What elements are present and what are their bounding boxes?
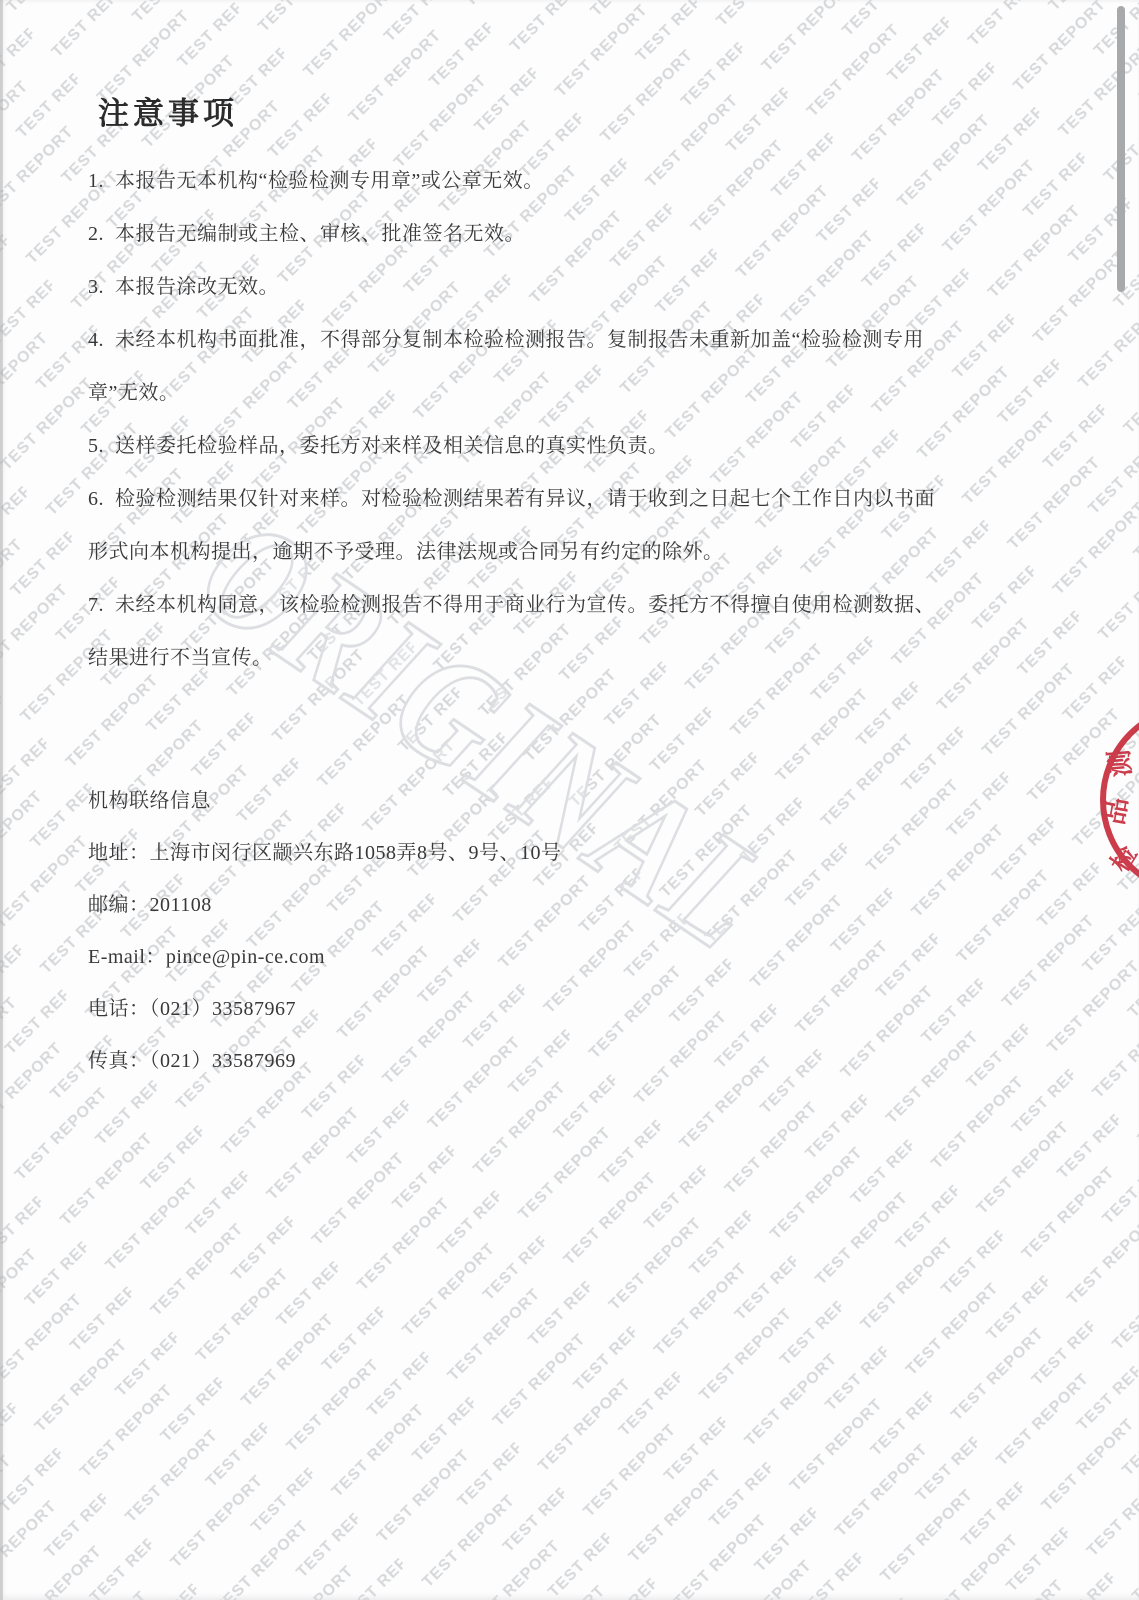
note-item-4: 4. 未经本机构书面批准，不得部分复制本检验检测报告。复制报告未重新加盖“检验检…: [88, 314, 1038, 420]
contact-email: E-mail：pince@pin-ce.com: [88, 931, 1038, 983]
note-item-6: 6. 检验检测结果仅针对来样。对检验检测结果若有异议，请于收到之日起七个工作日内…: [88, 473, 1038, 579]
document-content: 注意事项 1. 本报告无本机构“检验检测专用章”或公章无效。 2. 本报告无编制…: [88, 93, 1038, 1087]
report-page: TEST REPORT TEST REPORT ORIGINAL 测 品 检 注…: [0, 0, 1139, 1600]
note-item-5: 5. 送样委托检验样品，委托方对来样及相关信息的真实性负责。: [88, 420, 1038, 473]
contact-address: 地址：上海市闵行区颛兴东路1058弄8号、9号、10号: [88, 827, 1038, 879]
note-item-1: 1. 本报告无本机构“检验检测专用章”或公章无效。: [88, 155, 1038, 208]
note-item-2: 2. 本报告无编制或主检、审核、批准签名无效。: [88, 208, 1038, 261]
stamp-character: 测: [1097, 748, 1138, 778]
note-item-7: 7. 未经本机构同意，该检验检测报告不得用于商业行为宣传。委托方不得擅自使用检测…: [88, 579, 1038, 685]
contact-info-section: 机构联络信息 地址：上海市闵行区颛兴东路1058弄8号、9号、10号 邮编：20…: [88, 775, 1038, 1087]
scrollbar-thumb[interactable]: [1117, 6, 1125, 292]
contact-heading: 机构联络信息: [88, 775, 1038, 827]
page-left-edge: [0, 0, 3, 1600]
contact-fax: 传真：（021）33587969: [88, 1035, 1038, 1087]
contact-phone: 电话：（021）33587967: [88, 983, 1038, 1035]
contact-postcode: 邮编：201108: [88, 879, 1038, 931]
page-title: 注意事项: [98, 93, 1038, 135]
note-item-3: 3. 本报告涂改无效。: [88, 261, 1038, 314]
